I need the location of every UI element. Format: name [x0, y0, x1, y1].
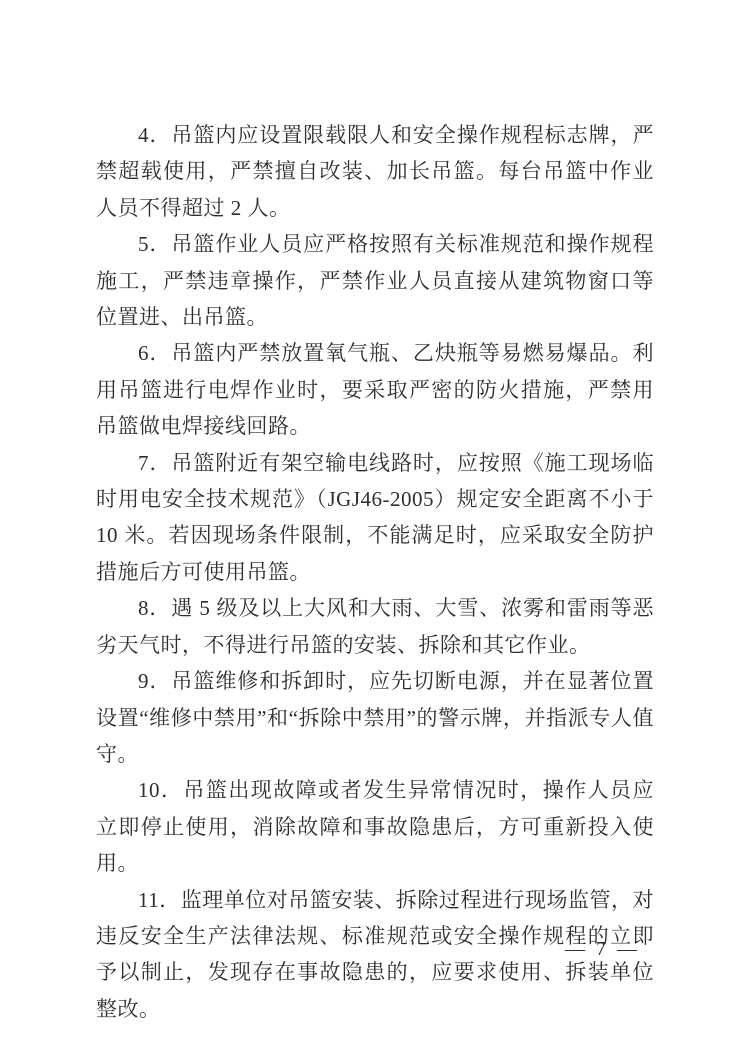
paragraph: 4．吊篮内应设置限载限人和安全操作规程标志牌，严禁超载使用，严禁擅自改装、加长吊…	[96, 117, 654, 226]
paragraph: 9．吊篮维修和拆卸时，应先切断电源，并在显著位置设置“维修中禁用”和“拆除中禁用…	[96, 663, 654, 772]
paragraph: 10．吊篮出现故障或者发生异常情况时，操作人员应立即停止使用，消除故障和事故隐患…	[96, 772, 654, 881]
paragraph: 8．遇 5 级及以上大风和大雨、大雪、浓雾和雷雨等恶劣天气时，不得进行吊篮的安装…	[96, 590, 654, 663]
paragraph: 6．吊篮内严禁放置氧气瓶、乙炔瓶等易燃易爆品。利用吊篮进行电焊作业时，要采取严密…	[96, 335, 654, 444]
page-number: — 7 —	[565, 938, 640, 961]
document-body: 4．吊篮内应设置限载限人和安全操作规程标志牌，严禁超载使用，严禁擅自改装、加长吊…	[96, 117, 654, 1027]
document-page: 4．吊篮内应设置限载限人和安全操作规程标志牌，严禁超载使用，严禁擅自改装、加长吊…	[0, 0, 750, 1061]
paragraph: 7．吊篮附近有架空输电线路时，应按照《施工现场临时用电安全技术规范》（JGJ46…	[96, 445, 654, 591]
paragraph: 5．吊篮作业人员应严格按照有关标准规范和操作规程施工，严禁违章操作，严禁作业人员…	[96, 226, 654, 335]
